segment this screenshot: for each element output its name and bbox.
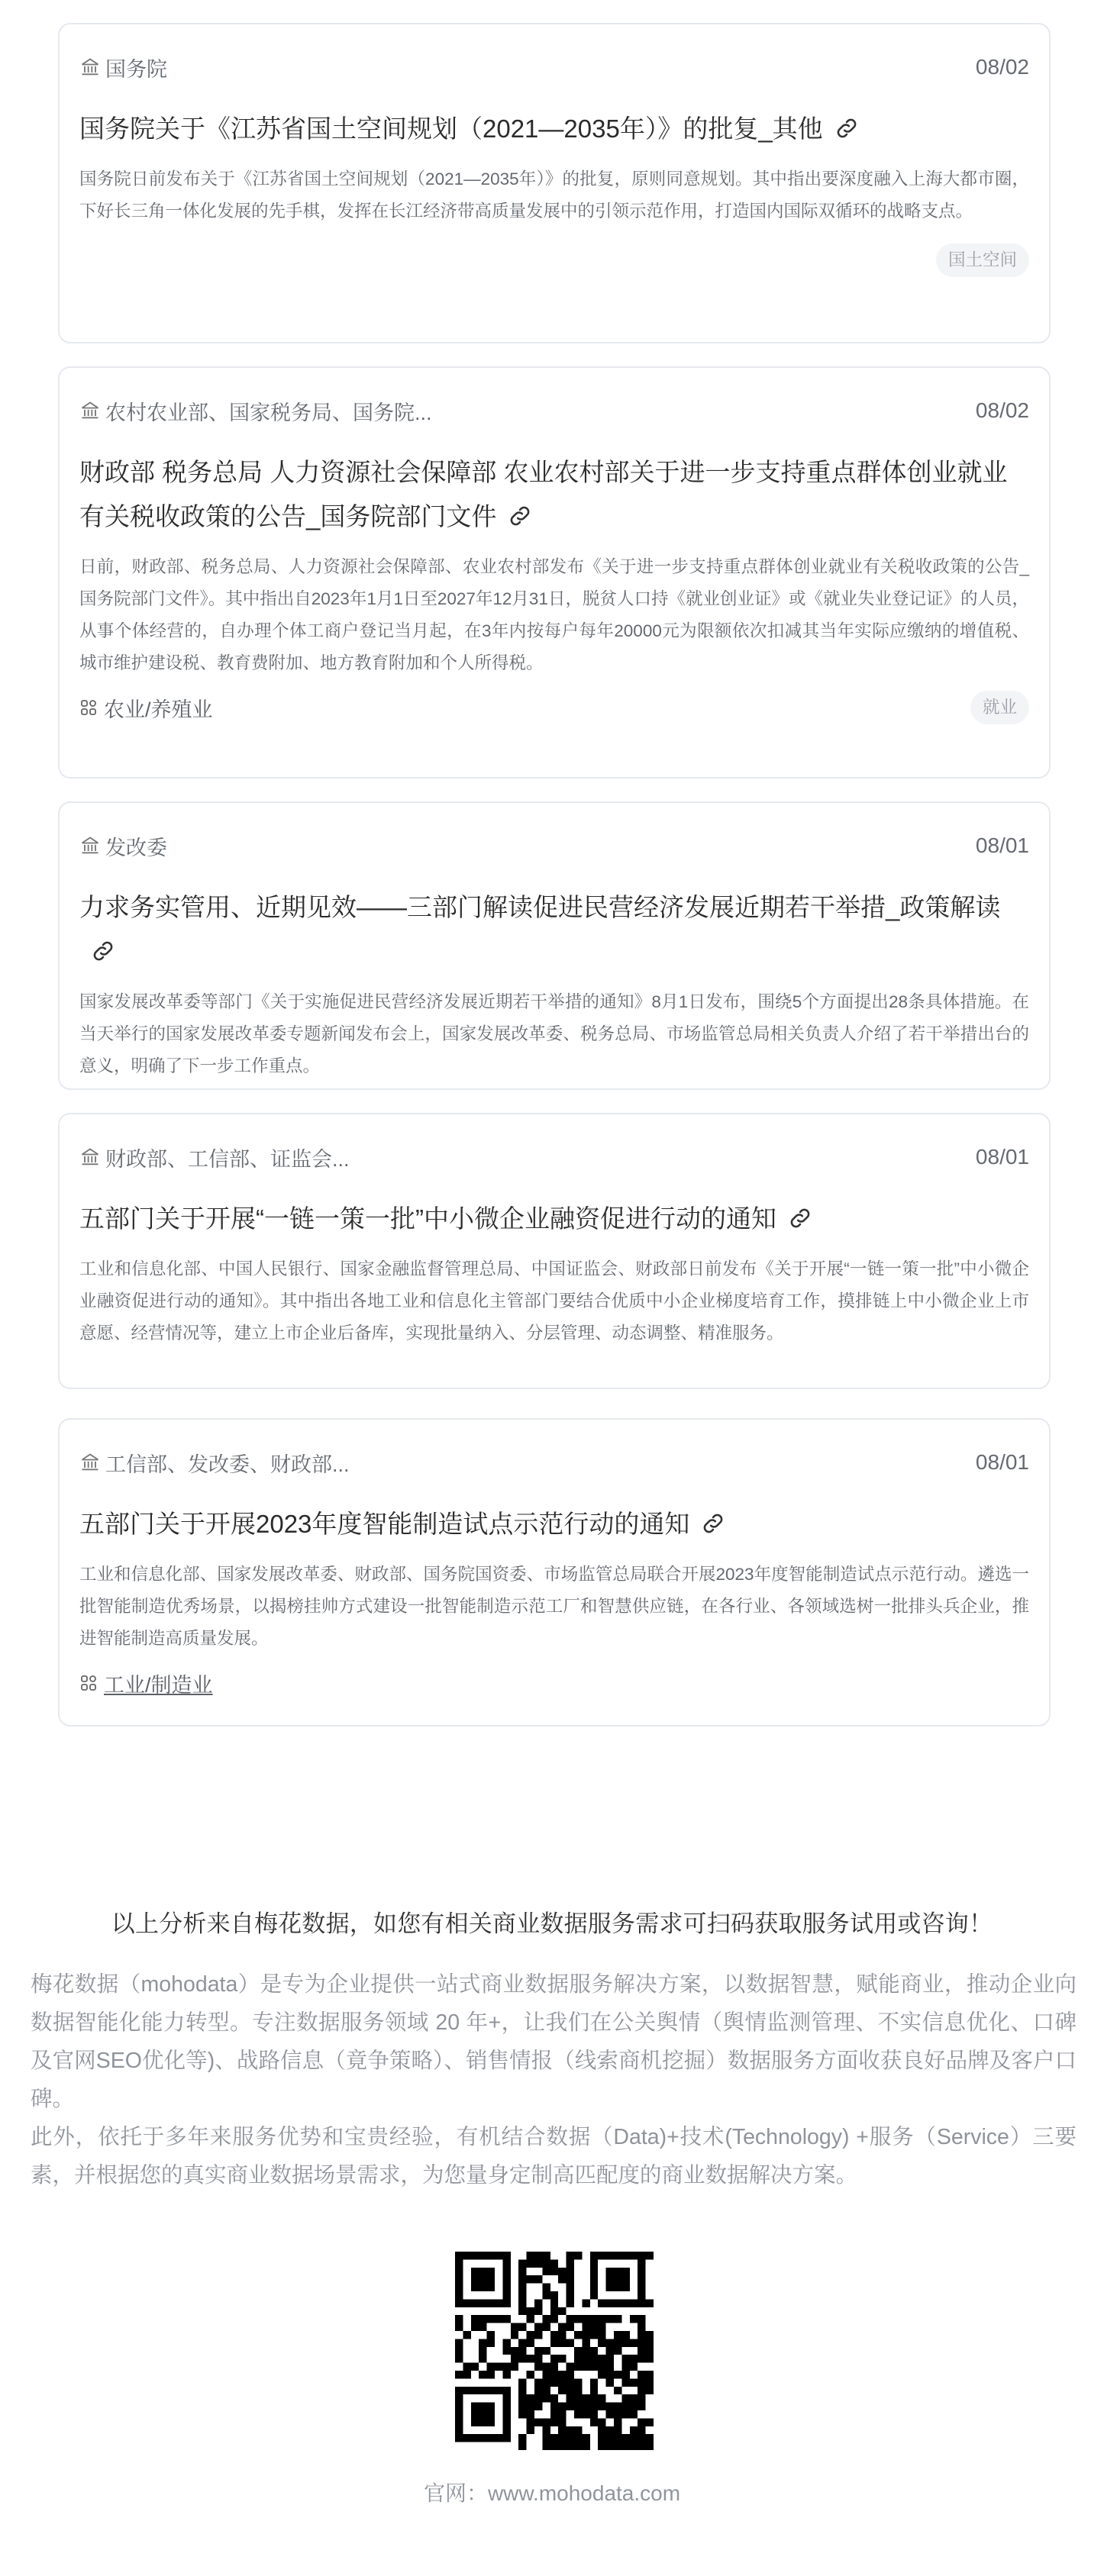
government-building-icon [79,400,101,421]
policy-source: 发改委 [79,831,167,861]
link-icon[interactable] [90,938,116,964]
policy-tag[interactable]: 就业 [970,691,1029,724]
policy-source: 工信部、发改委、财政部... [79,1448,350,1478]
policy-date: 08/02 [976,55,1029,79]
footer-intro: 以上分析来自梅花数据，如您有相关商业数据服务需求可扫码获取服务试用或咨询！ [0,1904,1104,1939]
policy-title-link[interactable]: 国务院关于《江苏省国土空间规划（2021—2035年）》的批复_其他 [79,107,1029,151]
policy-date: 08/01 [976,1450,1029,1475]
policy-title-link[interactable]: 五部门关于开展“一链一策一批”中小微企业融资促进行动的通知 [79,1197,1029,1241]
policy-summary: 工业和信息化部、中国人民银行、国家金融监督管理总局、中国证监会、财政部日前发布《… [79,1253,1029,1349]
policy-card[interactable]: 农村农业部、国家税务局、国务院... 08/02 财政部 税务总局 人力资源社会… [58,366,1051,779]
qr-code [455,2252,654,2450]
policy-summary: 日前，财政部、税务总局、人力资源社会保障部、农业农村部发布《关于进一步支持重点群… [79,551,1029,679]
policy-summary: 国家发展改革委等部门《关于实施促进民营经济发展近期若干举措的通知》8月1日发布，… [79,986,1029,1082]
category-label: 农业/养殖业 [104,693,213,723]
footer-description-para-2: 此外，依托于多年来服务优势和宝贵经验，有机结合数据（Data)+技术(Techn… [31,2118,1077,2194]
policy-title-link[interactable]: 财政部 税务总局 人力资源社会保障部 农业农村部关于进一步支持重点群体创业就业有… [79,450,1029,539]
source-label: 财政部、工信部、证监会... [105,1143,350,1172]
category-grid-icon [79,1674,98,1692]
policy-date: 08/01 [976,1145,1029,1169]
footer-description: 梅花数据（mohodata）是专为企业提供一站式商业数据服务解决方案，以数据智慧… [31,1965,1077,2194]
link-icon[interactable] [834,115,860,141]
policy-title[interactable]: 财政部 税务总局 人力资源社会保障部 农业农村部关于进一步支持重点群体创业就业有… [79,458,1008,530]
policy-title-link[interactable]: 五部门关于开展2023年度智能制造试点示范行动的通知 [79,1502,1029,1546]
policy-date: 08/01 [976,833,1029,858]
source-label: 发改委 [105,831,167,861]
government-building-icon [79,835,101,856]
policy-source: 财政部、工信部、证监会... [79,1143,350,1172]
category-label[interactable]: 工业/制造业 [104,1668,213,1698]
link-icon[interactable] [787,1205,813,1231]
policy-summary: 国务院日前发布关于《江苏省国土空间规划（2021—2035年）》的批复，原则同意… [79,163,1029,227]
policy-source: 农村农业部、国家税务局、国务院... [79,396,432,426]
government-building-icon [79,1452,101,1473]
policy-title[interactable]: 力求务实管用、近期见效——三部门解读促进民营经济发展近期若干举措_政策解读 [79,893,1000,921]
policy-card[interactable]: 国务院 08/02 国务院关于《江苏省国土空间规划（2021—2035年）》的批… [58,23,1051,343]
policy-summary: 工业和信息化部、国家发展改革委、财政部、国务院国资委、市场监管总局联合开展202… [79,1559,1029,1655]
government-building-icon [79,56,101,78]
policy-title-link[interactable]: 力求务实管用、近期见效——三部门解读促进民营经济发展近期若干举措_政策解读 [79,885,1029,974]
qr-code-image [455,2252,654,2450]
policy-card[interactable]: 发改委 08/01 力求务实管用、近期见效——三部门解读促进民营经济发展近期若干… [58,801,1051,1090]
policy-title[interactable]: 五部门关于开展2023年度智能制造试点示范行动的通知 [79,1510,689,1538]
policy-category: 农业/养殖业 [79,693,213,723]
link-icon[interactable] [700,1510,726,1536]
policy-source: 国务院 [79,53,167,82]
policy-tag[interactable]: 国土空间 [936,243,1029,277]
source-label: 农村农业部、国家税务局、国务院... [105,396,432,426]
government-building-icon [79,1146,101,1168]
policy-title[interactable]: 五部门关于开展“一链一策一批”中小微企业融资促进行动的通知 [79,1204,776,1233]
category-grid-icon [79,698,98,717]
source-label: 工信部、发改委、财政部... [105,1448,350,1478]
policy-title[interactable]: 国务院关于《江苏省国土空间规划（2021—2035年）》的批复_其他 [79,114,823,143]
website-label: 官网：www.mohodata.com [0,2477,1104,2507]
footer-description-para-1: 梅花数据（mohodata）是专为企业提供一站式商业数据服务解决方案，以数据智慧… [31,1965,1077,2118]
source-label: 国务院 [105,53,167,82]
link-icon[interactable] [507,503,533,529]
policy-date: 08/02 [976,398,1029,423]
policy-category-link[interactable]: 工业/制造业 [79,1668,213,1698]
policy-card[interactable]: 财政部、工信部、证监会... 08/01 五部门关于开展“一链一策一批”中小微企… [58,1113,1051,1389]
policy-card[interactable]: 工信部、发改委、财政部... 08/01 五部门关于开展2023年度智能制造试点… [58,1418,1051,1726]
